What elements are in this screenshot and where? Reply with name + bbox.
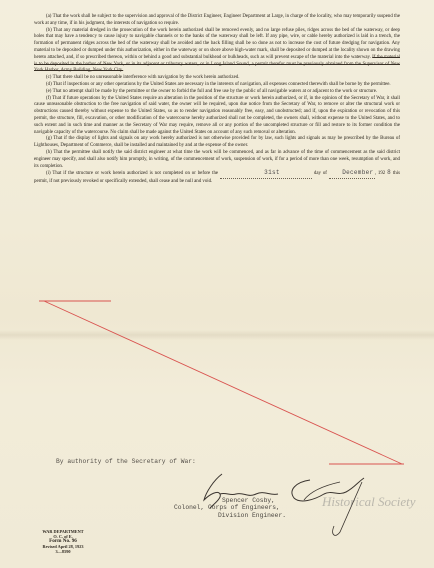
signer-role: Division Engineer. <box>202 512 286 519</box>
authority-line: By authority of the Secretary of War: <box>56 458 196 465</box>
signer-name: Spencer Cosby, <box>202 497 286 504</box>
watermark: Historical Society <box>322 494 416 510</box>
form-info: WAR DEPARTMENT O. C. of E. Form No. 96 R… <box>26 529 100 554</box>
signature-block: Spencer Cosby, Colonel, Corps of Enginee… <box>202 497 286 519</box>
signer-title: Colonel, Corps of Engineers, <box>174 504 286 511</box>
form-code: 3—8590 <box>26 549 100 554</box>
